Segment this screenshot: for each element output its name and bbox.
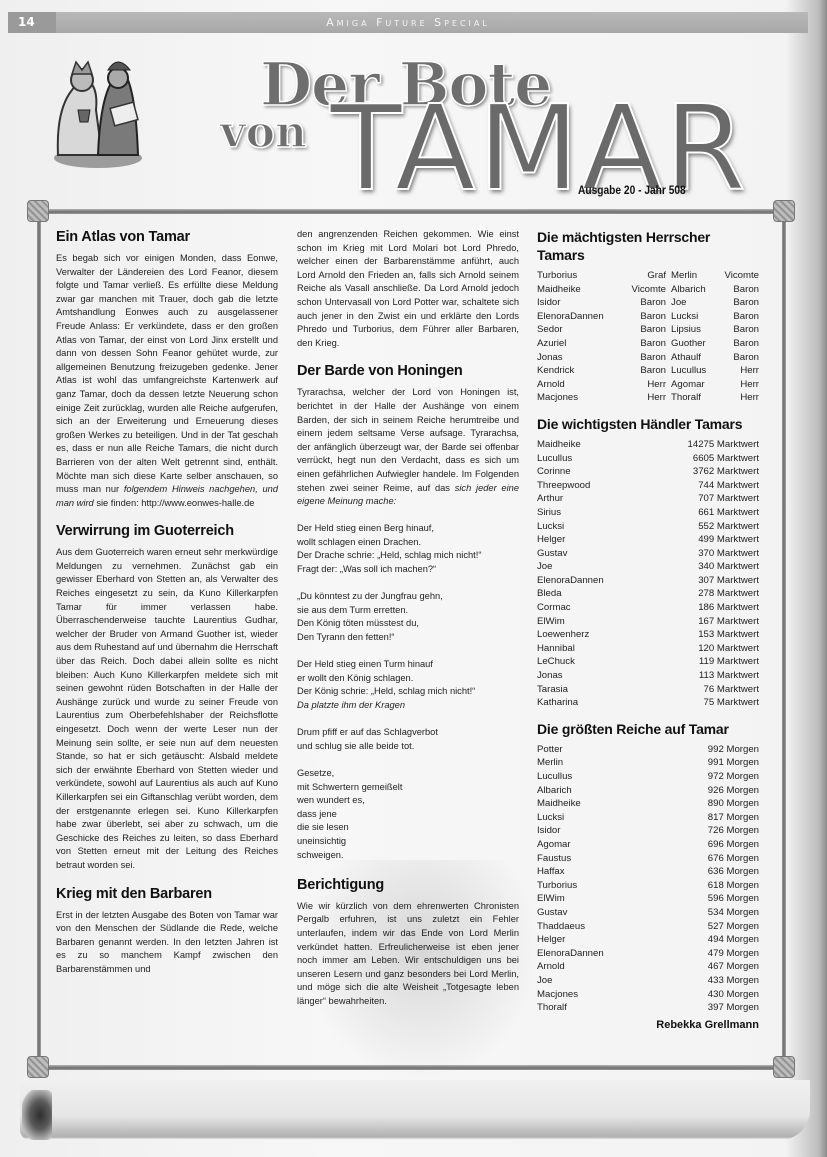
- table-cell: 817 Morgen: [663, 811, 759, 825]
- column-right: Die mächtigsten Herrscher Tamars Turbori…: [537, 228, 759, 1042]
- table-cell: 890 Morgen: [663, 797, 759, 811]
- table-cell: ElenoraDannen: [537, 310, 621, 324]
- table-row: LeChuck119 Marktwert: [537, 655, 759, 669]
- table-cell: Albarich: [537, 784, 663, 798]
- table-cell: Cormac: [537, 601, 644, 615]
- table-cell: Herr: [715, 391, 759, 405]
- list-heading: Die mächtigsten Herrscher Tamars: [537, 228, 759, 264]
- poem-stanza: Der Held stieg einen Berg hinauf, wollt …: [297, 522, 519, 576]
- table-row: AzurielBaronGuotherBaron: [537, 337, 759, 351]
- article-verwirrung: Verwirrung im Guoterreich Aus dem Guoter…: [56, 522, 278, 872]
- frame-right-rail: [782, 212, 786, 1067]
- table-cell: Baron: [715, 296, 759, 310]
- table-cell: Baron: [715, 283, 759, 297]
- table-row: Gustav534 Morgen: [537, 906, 759, 920]
- table-cell: 636 Morgen: [663, 865, 759, 879]
- table-cell: Maidheike: [537, 283, 621, 297]
- table-row: Cormac186 Marktwert: [537, 601, 759, 615]
- table-cell: Baron: [621, 296, 671, 310]
- table-cell: Isidor: [537, 296, 621, 310]
- table-cell: Gustav: [537, 547, 644, 561]
- table-row: TurboriusGrafMerlinVicomte: [537, 269, 759, 283]
- table-cell: 6605 Marktwert: [644, 452, 759, 466]
- table-cell: 552 Marktwert: [644, 520, 759, 534]
- table-cell: 113 Marktwert: [644, 669, 759, 683]
- table-cell: Baron: [621, 364, 671, 378]
- table-cell: Helger: [537, 533, 644, 547]
- table-row: Helger499 Marktwert: [537, 533, 759, 547]
- table-cell: 467 Morgen: [663, 960, 759, 974]
- article-body: Aus dem Guoterreich waren erneut sehr me…: [56, 546, 278, 872]
- article-body: Erst in der letzten Ausgabe des Boten vo…: [56, 909, 278, 977]
- article-krieg: Krieg mit den Barbaren Erst in der letzt…: [56, 885, 278, 977]
- table-row: Thaddaeus527 Morgen: [537, 920, 759, 934]
- column-middle: den angrenzenden Reichen gekommen. Wie e…: [297, 228, 519, 1020]
- table-row: Bleda278 Marktwert: [537, 587, 759, 601]
- issue-label: Ausgabe 20 - Jahr 508: [578, 183, 686, 197]
- table-cell: 120 Marktwert: [644, 642, 759, 656]
- table-row: Jonas113 Marktwert: [537, 669, 759, 683]
- table-cell: Baron: [715, 351, 759, 365]
- table-cell: 397 Morgen: [663, 1001, 759, 1015]
- table-cell: Thaddaeus: [537, 920, 663, 934]
- list-heading: Die größten Reiche auf Tamar: [537, 720, 759, 738]
- table-cell: 676 Morgen: [663, 852, 759, 866]
- scroll-curl-icon: [22, 1090, 52, 1140]
- table-row: ElWim167 Marktwert: [537, 615, 759, 629]
- table-cell: Joe: [537, 560, 644, 574]
- table-cell: Herr: [715, 378, 759, 392]
- table-cell: Guother: [671, 337, 715, 351]
- table-cell: 926 Morgen: [663, 784, 759, 798]
- table-cell: 76 Marktwert: [644, 683, 759, 697]
- table-cell: 972 Morgen: [663, 770, 759, 784]
- table-cell: 430 Morgen: [663, 988, 759, 1002]
- table-row: Sirius661 Marktwert: [537, 506, 759, 520]
- article-atlas: Ein Atlas von Tamar Es begab sich vor ei…: [56, 228, 278, 510]
- table-cell: 370 Marktwert: [644, 547, 759, 561]
- article-body: Tyrarachsa, welcher der Lord von Honinge…: [297, 386, 519, 508]
- table-cell: Sirius: [537, 506, 644, 520]
- table-row: Gustav370 Marktwert: [537, 547, 759, 561]
- table-row: Arnold467 Morgen: [537, 960, 759, 974]
- table-cell: Lipsius: [671, 323, 715, 337]
- table-cell: Tarasia: [537, 683, 644, 697]
- table-cell: Corinne: [537, 465, 644, 479]
- table-row: Turborius618 Morgen: [537, 879, 759, 893]
- table-row: ElenoraDannen307 Marktwert: [537, 574, 759, 588]
- poem-stanza: „Du könntest zu der Jungfrau gehn, sie a…: [297, 590, 519, 644]
- table-row: Albarich926 Morgen: [537, 784, 759, 798]
- table-cell: 992 Morgen: [663, 743, 759, 757]
- table-cell: 167 Marktwert: [644, 615, 759, 629]
- table-cell: Azuriel: [537, 337, 621, 351]
- table-cell: 707 Marktwert: [644, 492, 759, 506]
- table-cell: Agomar: [671, 378, 715, 392]
- table-row: Joe340 Marktwert: [537, 560, 759, 574]
- table-row: Lucullus972 Morgen: [537, 770, 759, 784]
- table-cell: Macjones: [537, 391, 621, 405]
- table-cell: Baron: [715, 337, 759, 351]
- table-row: Isidor726 Morgen: [537, 824, 759, 838]
- scholars-illustration-icon: [50, 50, 145, 170]
- table-cell: 991 Morgen: [663, 756, 759, 770]
- table-row: ElWim596 Morgen: [537, 892, 759, 906]
- frame-corner-ornament-icon: [773, 1056, 795, 1078]
- table-row: Haffax636 Morgen: [537, 865, 759, 879]
- table-row: Corinne3762 Marktwert: [537, 465, 759, 479]
- table-cell: Helger: [537, 933, 663, 947]
- frame-corner-ornament-icon: [773, 200, 795, 222]
- table-cell: 278 Marktwert: [644, 587, 759, 601]
- traders-table: Maidheike14275 MarktwertLucullus6605 Mar…: [537, 438, 759, 710]
- table-row: Lucksi552 Marktwert: [537, 520, 759, 534]
- table-cell: Katharina: [537, 696, 644, 710]
- table-row: SedorBaronLipsiusBaron: [537, 323, 759, 337]
- table-row: ElenoraDannenBaronLucksiBaron: [537, 310, 759, 324]
- table-row: Maidheike14275 Marktwert: [537, 438, 759, 452]
- table-cell: ElenoraDannen: [537, 947, 663, 961]
- table-cell: Vicomte: [715, 269, 759, 283]
- table-cell: 479 Morgen: [663, 947, 759, 961]
- frame-corner-ornament-icon: [27, 1056, 49, 1078]
- frame-corner-ornament-icon: [27, 200, 49, 222]
- masthead: Der Bote von TAMAR: [40, 45, 800, 195]
- magazine-title: Amiga Future Special: [8, 12, 808, 33]
- table-row: ArnoldHerrAgomarHerr: [537, 378, 759, 392]
- table-cell: Lucksi: [671, 310, 715, 324]
- table-row: Potter992 Morgen: [537, 743, 759, 757]
- table-cell: Lucksi: [537, 811, 663, 825]
- table-row: Tarasia76 Marktwert: [537, 683, 759, 697]
- article-heading: Verwirrung im Guoterreich: [56, 522, 278, 540]
- table-row: KendrickBaronLucullusHerr: [537, 364, 759, 378]
- table-row: Merlin991 Morgen: [537, 756, 759, 770]
- table-cell: Gustav: [537, 906, 663, 920]
- table-cell: Baron: [621, 310, 671, 324]
- table-cell: Jonas: [537, 669, 644, 683]
- table-cell: Maidheike: [537, 797, 663, 811]
- table-cell: Hannibal: [537, 642, 644, 656]
- article-heading: Krieg mit den Barbaren: [56, 885, 278, 903]
- article-body: Wie wir kürzlich von dem ehrenwerten Chr…: [297, 900, 519, 1009]
- table-cell: 307 Marktwert: [644, 574, 759, 588]
- table-cell: Baron: [621, 337, 671, 351]
- table-cell: Baron: [621, 351, 671, 365]
- rulers-table: TurboriusGrafMerlinVicomteMaidheikeVicom…: [537, 269, 759, 405]
- poem-stanza: Drum pfiff er auf das Schlagverbot und s…: [297, 726, 519, 753]
- table-cell: Baron: [621, 323, 671, 337]
- poem: Der Held stieg einen Berg hinauf, wollt …: [297, 522, 519, 862]
- table-row: Loewenherz153 Marktwert: [537, 628, 759, 642]
- table-row: Katharina75 Marktwert: [537, 696, 759, 710]
- table-row: Maidheike890 Morgen: [537, 797, 759, 811]
- table-cell: Merlin: [671, 269, 715, 283]
- table-cell: Albarich: [671, 283, 715, 297]
- table-cell: Maidheike: [537, 438, 644, 452]
- list-heading: Die wichtigsten Händler Tamars: [537, 415, 759, 433]
- table-cell: Turborius: [537, 269, 621, 283]
- table-cell: 433 Morgen: [663, 974, 759, 988]
- table-cell: Herr: [715, 364, 759, 378]
- article-body: Es begab sich vor einigen Monden, dass E…: [56, 252, 278, 510]
- table-row: Threepwood744 Marktwert: [537, 479, 759, 493]
- table-cell: 3762 Marktwert: [644, 465, 759, 479]
- table-cell: Kendrick: [537, 364, 621, 378]
- article-berichtigung: Berichtigung Wie wir kürzlich von dem eh…: [297, 876, 519, 1009]
- table-cell: Bleda: [537, 587, 644, 601]
- table-cell: Faustus: [537, 852, 663, 866]
- table-cell: Arnold: [537, 378, 621, 392]
- table-cell: 14275 Marktwert: [644, 438, 759, 452]
- table-cell: Arthur: [537, 492, 644, 506]
- table-row: ElenoraDannen479 Morgen: [537, 947, 759, 961]
- table-cell: 499 Marktwert: [644, 533, 759, 547]
- table-cell: Athaulf: [671, 351, 715, 365]
- table-cell: 696 Morgen: [663, 838, 759, 852]
- table-row: IsidorBaronJoeBaron: [537, 296, 759, 310]
- magazine-page: Amiga Future Special 14 Der Bote von TAM…: [0, 0, 827, 1157]
- header-bar: Amiga Future Special 14: [8, 12, 808, 33]
- table-cell: Baron: [715, 323, 759, 337]
- author-byline: Rebekka Grellmann: [537, 1019, 759, 1033]
- list-haendler: Die wichtigsten Händler Tamars Maidheike…: [537, 415, 759, 710]
- table-cell: 726 Morgen: [663, 824, 759, 838]
- page-number: 14: [8, 12, 56, 33]
- table-cell: Haffax: [537, 865, 663, 879]
- column-left: Ein Atlas von Tamar Es begab sich vor ei…: [56, 228, 278, 989]
- title-von: von: [220, 107, 307, 158]
- article-barde: Der Barde von Honingen Tyrarachsa, welch…: [297, 362, 519, 862]
- table-row: Lucksi817 Morgen: [537, 811, 759, 825]
- poem-stanza: Der Held stieg einen Turm hinauf er woll…: [297, 658, 519, 712]
- table-cell: Merlin: [537, 756, 663, 770]
- table-cell: Jonas: [537, 351, 621, 365]
- table-cell: 119 Marktwert: [644, 655, 759, 669]
- list-herrscher: Die mächtigsten Herrscher Tamars Turbori…: [537, 228, 759, 405]
- table-cell: Lucksi: [537, 520, 644, 534]
- table-cell: Herr: [621, 391, 671, 405]
- poem-stanza: Gesetze, mit Schwertern gemeißelt wen wu…: [297, 767, 519, 862]
- table-row: JonasBaronAthaulfBaron: [537, 351, 759, 365]
- article-heading: Berichtigung: [297, 876, 519, 894]
- table-cell: 494 Morgen: [663, 933, 759, 947]
- table-cell: Agomar: [537, 838, 663, 852]
- table-cell: Joe: [537, 974, 663, 988]
- table-cell: Arnold: [537, 960, 663, 974]
- article-heading: Der Barde von Honingen: [297, 362, 519, 380]
- table-cell: 186 Marktwert: [644, 601, 759, 615]
- table-cell: Thoralf: [671, 391, 715, 405]
- table-cell: Loewenherz: [537, 628, 644, 642]
- table-row: Hannibal120 Marktwert: [537, 642, 759, 656]
- table-cell: 661 Marktwert: [644, 506, 759, 520]
- table-cell: Thoralf: [537, 1001, 663, 1015]
- table-cell: 340 Marktwert: [644, 560, 759, 574]
- scroll-bottom-edge: [20, 1080, 810, 1140]
- table-cell: Graf: [621, 269, 671, 283]
- table-cell: Potter: [537, 743, 663, 757]
- table-row: Lucullus6605 Marktwert: [537, 452, 759, 466]
- frame-left-rail: [37, 212, 41, 1067]
- table-cell: Lucullus: [537, 770, 663, 784]
- table-cell: Baron: [715, 310, 759, 324]
- table-cell: 596 Morgen: [663, 892, 759, 906]
- table-cell: Joe: [671, 296, 715, 310]
- table-row: Joe433 Morgen: [537, 974, 759, 988]
- table-cell: Lucullus: [671, 364, 715, 378]
- table-cell: ElWim: [537, 615, 644, 629]
- table-cell: Isidor: [537, 824, 663, 838]
- table-cell: Macjones: [537, 988, 663, 1002]
- table-row: Macjones430 Morgen: [537, 988, 759, 1002]
- table-cell: 153 Marktwert: [644, 628, 759, 642]
- article-krieg-continued: den angrenzenden Reichen gekommen. Wie e…: [297, 228, 519, 350]
- table-cell: ElWim: [537, 892, 663, 906]
- table-row: Arthur707 Marktwert: [537, 492, 759, 506]
- article-heading: Ein Atlas von Tamar: [56, 228, 278, 246]
- table-cell: Lucullus: [537, 452, 644, 466]
- list-reiche: Die größten Reiche auf Tamar Potter992 M…: [537, 720, 759, 1032]
- table-cell: 618 Morgen: [663, 879, 759, 893]
- table-row: MacjonesHerrThoralfHerr: [537, 391, 759, 405]
- table-cell: Turborius: [537, 879, 663, 893]
- frame-top-rail: [33, 209, 795, 214]
- table-cell: ElenoraDannen: [537, 574, 644, 588]
- table-cell: Sedor: [537, 323, 621, 337]
- table-cell: 534 Morgen: [663, 906, 759, 920]
- table-cell: 75 Marktwert: [644, 696, 759, 710]
- table-row: Thoralf397 Morgen: [537, 1001, 759, 1015]
- table-row: Faustus676 Morgen: [537, 852, 759, 866]
- table-cell: Vicomte: [621, 283, 671, 297]
- table-cell: 527 Morgen: [663, 920, 759, 934]
- table-row: MaidheikeVicomteAlbarichBaron: [537, 283, 759, 297]
- table-cell: LeChuck: [537, 655, 644, 669]
- table-row: Agomar696 Morgen: [537, 838, 759, 852]
- article-body: den angrenzenden Reichen gekommen. Wie e…: [297, 228, 519, 350]
- table-cell: 744 Marktwert: [644, 479, 759, 493]
- table-cell: Threepwood: [537, 479, 644, 493]
- table-row: Helger494 Morgen: [537, 933, 759, 947]
- table-cell: Herr: [621, 378, 671, 392]
- realms-table: Potter992 MorgenMerlin991 MorgenLucullus…: [537, 743, 759, 1015]
